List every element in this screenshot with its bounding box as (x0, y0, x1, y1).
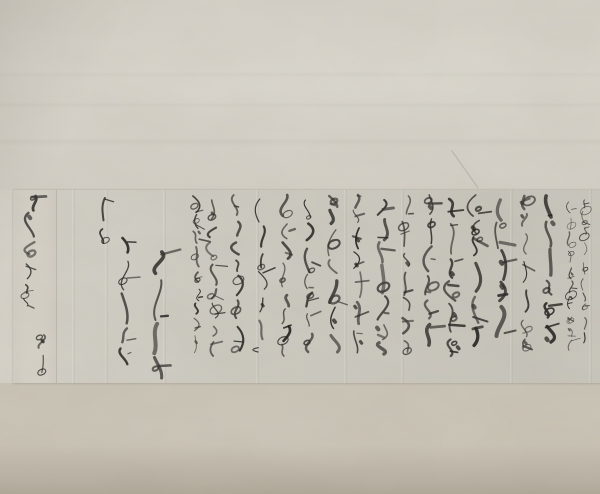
letter-sheet (13, 190, 600, 383)
fold-crease (105, 190, 108, 383)
strip-top-label (13, 196, 57, 266)
fold-crease (344, 190, 347, 383)
fold-crease (256, 190, 259, 383)
strip-bottom-label (13, 335, 57, 380)
mount-lower-paper (0, 383, 600, 494)
mount-upper-paper (0, 0, 600, 190)
fold-crease (589, 190, 592, 383)
letter-paper (57, 190, 600, 383)
fold-crease (72, 190, 75, 383)
fold-crease (163, 190, 166, 383)
scroll-photograph (0, 0, 600, 494)
endorsement-strip (13, 190, 57, 383)
fold-crease (401, 190, 404, 383)
fold-crease (510, 190, 513, 383)
strip-middle-label (13, 264, 57, 308)
